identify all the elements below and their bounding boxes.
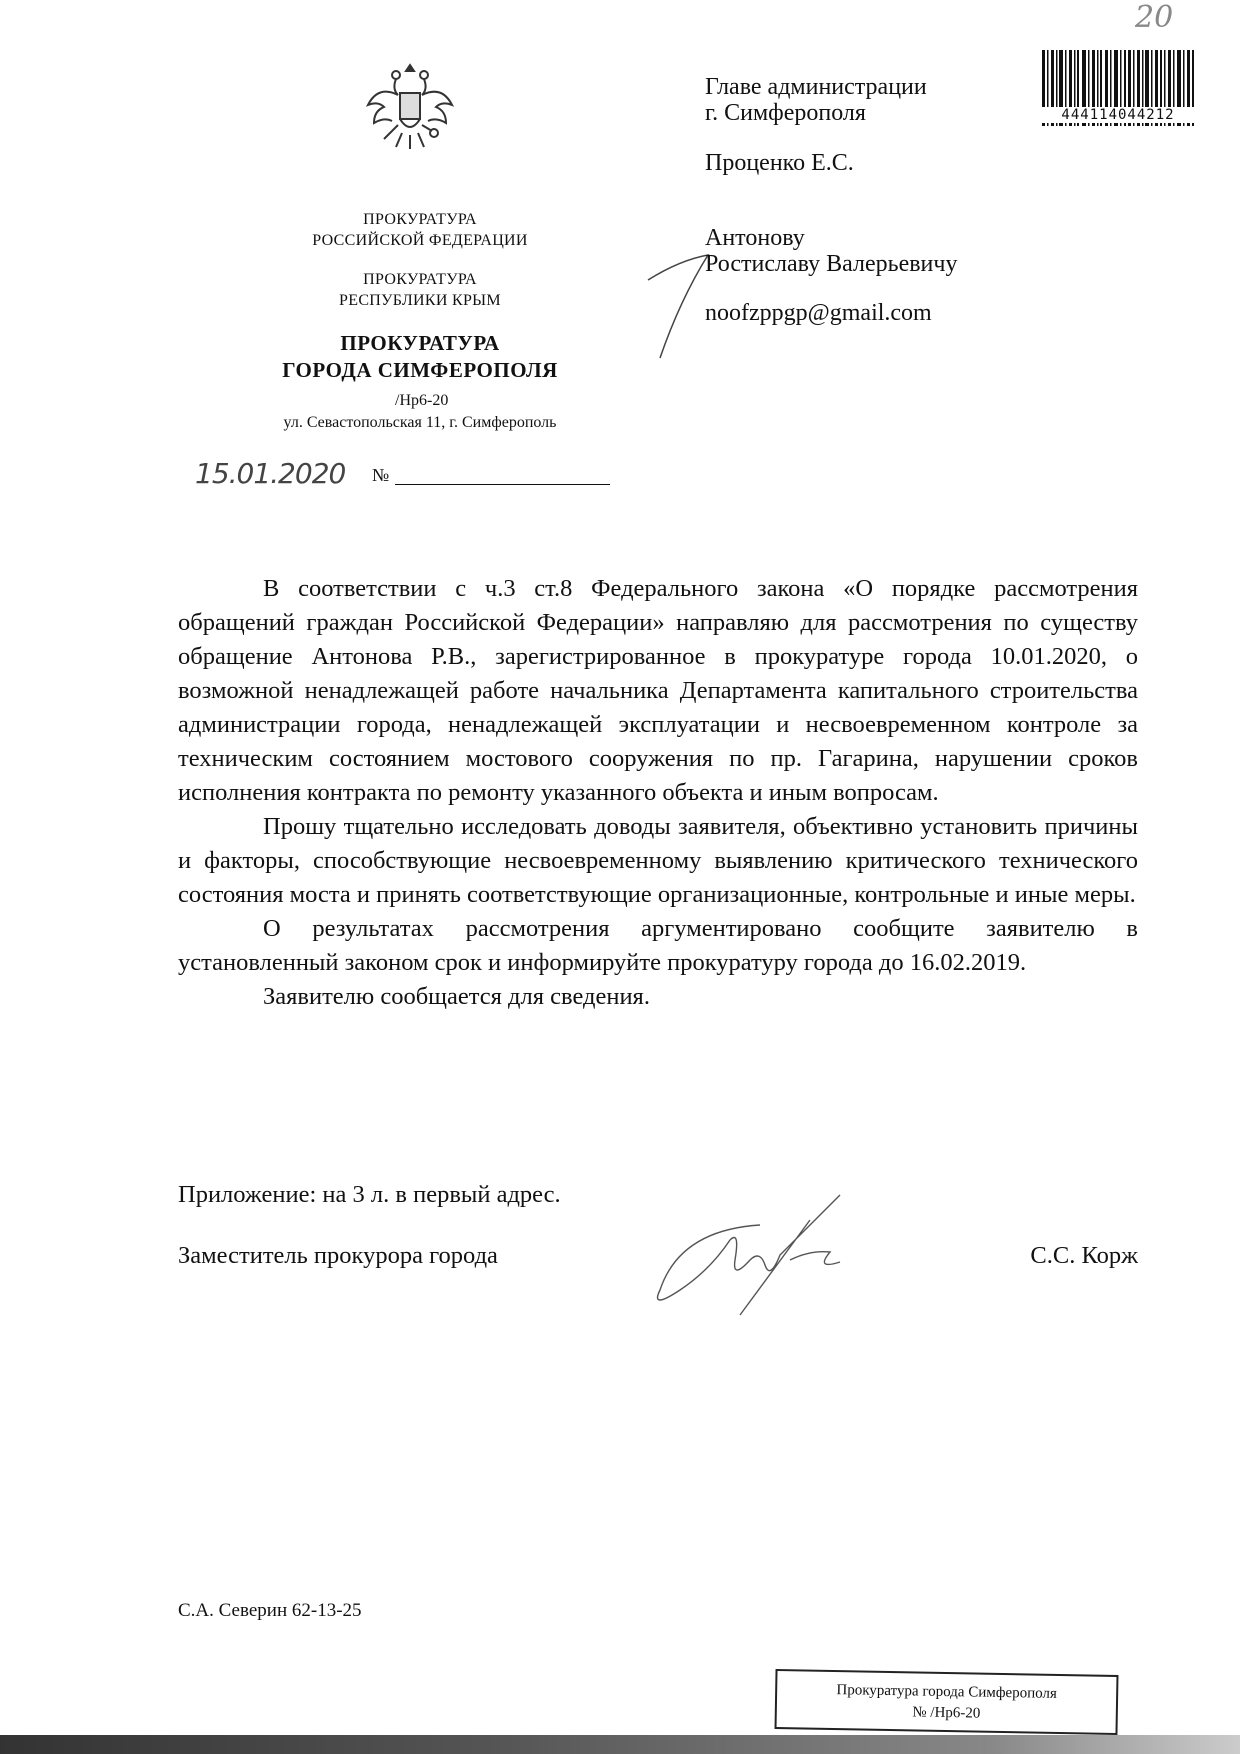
executor-contact: С.А. Северин 62-13-25 [178, 1600, 362, 1622]
ref-number: /Нр6-20 [395, 392, 495, 410]
org-line-bold: ПРОКУРАТУРА [200, 330, 640, 357]
signer-name: С.С. Корж [1030, 1242, 1138, 1270]
body-paragraph: О результатах рассмотрения аргументирова… [178, 912, 1138, 980]
body-paragraph: Заявителю сообщается для сведения. [178, 980, 1138, 1014]
addressee-line: Главе администрации [705, 74, 927, 100]
addressee-line: г. Симферополя [705, 100, 927, 126]
coat-of-arms-icon [360, 55, 460, 155]
barcode-number: 444114044212 [1038, 107, 1198, 123]
number-line [395, 484, 610, 485]
stamp-line: № /Нр6-20 [777, 1700, 1116, 1727]
org-line: ПРОКУРАТУРА [200, 209, 640, 230]
handwritten-signature-icon [640, 1190, 940, 1320]
addressee-name: Проценко Е.С. [705, 150, 854, 176]
number-sign: № [372, 465, 389, 486]
org-name-rf: ПРОКУРАТУРА РОССИЙСКОЙ ФЕДЕРАЦИИ [200, 209, 640, 251]
letter-body: В соответствии с ч.3 ст.8 Федерального з… [178, 572, 1138, 1014]
addressee-email: noofzppgp@gmail.com [705, 300, 932, 326]
addressee-line: Антонову [705, 225, 957, 251]
signer-role: Заместитель прокурора города [178, 1242, 498, 1270]
org-line-bold: ГОРОДА СИМФЕРОПОЛЯ [200, 357, 640, 384]
scan-edge [0, 1735, 1240, 1754]
body-paragraph: В соответствии с ч.3 ст.8 Федерального з… [178, 572, 1138, 810]
registration-stamp: Прокуратура города Симферополя № /Нр6-20 [775, 1669, 1119, 1735]
addressee-line: Ростиславу Валерьевичу [705, 251, 957, 277]
org-line: РЕСПУБЛИКИ КРЫМ [200, 290, 640, 311]
org-name-city: ПРОКУРАТУРА ГОРОДА СИМФЕРОПОЛЯ [200, 330, 640, 384]
org-address: ул. Севастопольская 11, г. Симферополь [200, 414, 640, 432]
org-line: РОССИЙСКОЙ ФЕДЕРАЦИИ [200, 230, 640, 251]
date-handwritten: 15.01.2020 [195, 457, 345, 490]
org-line: ПРОКУРАТУРА [200, 269, 640, 290]
sheet-number: 20 [1135, 0, 1173, 35]
addressee-applicant: Антонову Ростиславу Валерьевичу [705, 225, 957, 277]
addressee-admin: Главе администрации г. Симферополя [705, 74, 927, 126]
body-paragraph: Прошу тщательно исследовать доводы заяви… [178, 810, 1138, 912]
org-name-crimea: ПРОКУРАТУРА РЕСПУБЛИКИ КРЫМ [200, 269, 640, 311]
